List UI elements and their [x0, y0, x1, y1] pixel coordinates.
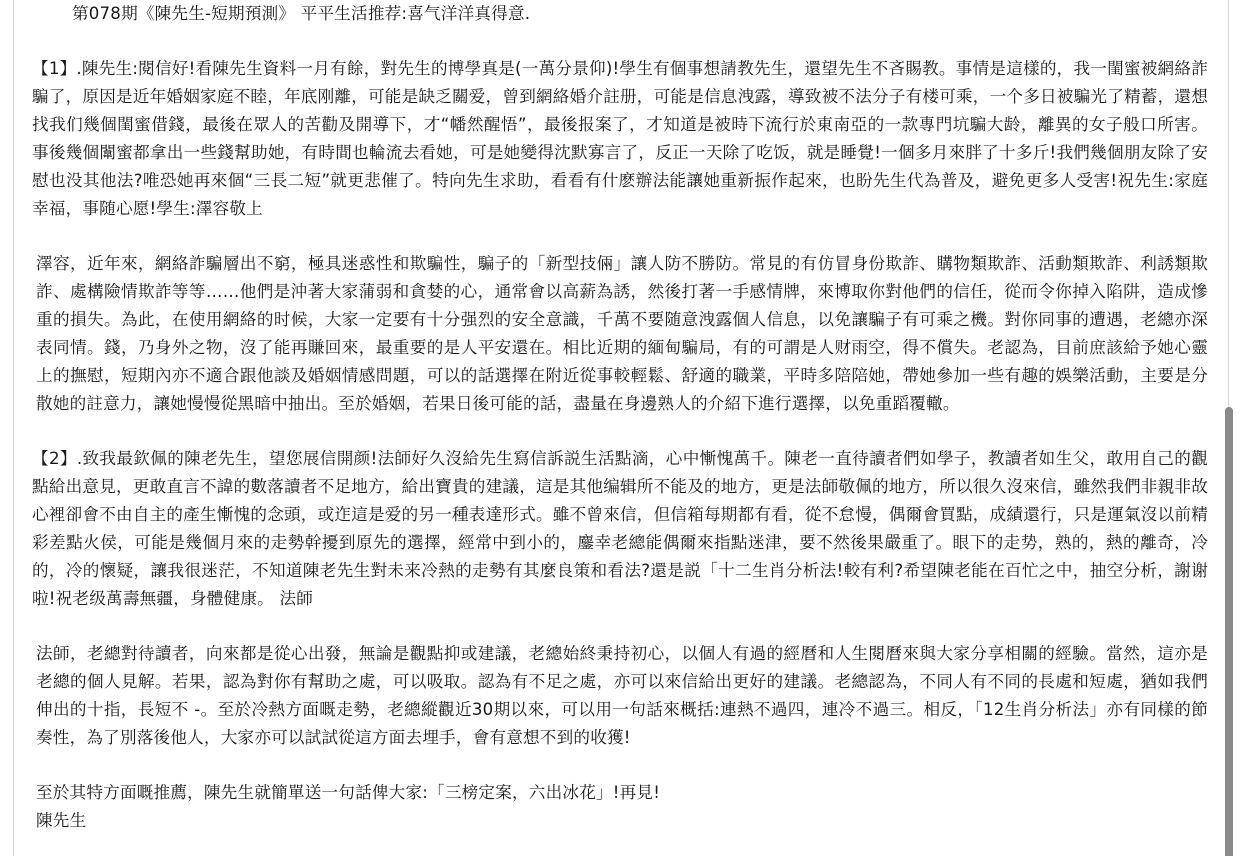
scrollbar-thumb[interactable]	[1225, 407, 1233, 856]
spacer	[36, 752, 1208, 779]
spacer	[36, 613, 1208, 640]
letter-2-answer: 法師，老總對待讀者，向來都是從心出發，無論是觀點抑或建議，老總始終秉持初心，以個…	[36, 640, 1208, 752]
closing-signature: 陳先生	[36, 807, 1208, 835]
spacer	[36, 223, 1208, 250]
page-left-border	[13, 0, 14, 856]
spacer	[36, 28, 1208, 55]
article-body: 第078期《陳先生-短期預測》 平平生活推荐:喜气洋洋真得意. 【1】.陳先生:…	[36, 0, 1208, 835]
letter-1-answer: 澤容，近年來，網絡詐騙層出不窮，極具迷惑性和欺騙性，騙子的「新型技倆」讓人防不勝…	[36, 250, 1208, 418]
article-title: 第078期《陳先生-短期預測》 平平生活推荐:喜气洋洋真得意.	[72, 0, 1208, 28]
letter-2-question: 【2】.致我最欽佩的陳老先生，望您展信開颜!法師好久沒給先生寫信訴説生活點滴，心…	[32, 445, 1208, 613]
closing-recommendation: 至於其特方面嘅推薦，陳先生就簡單送一句話俾大家:「三榜定案，六出冰花」!再見!	[36, 779, 1208, 807]
letter-1-question: 【1】.陳先生:閱信好!看陳先生資料一月有餘，對先生的博學真是(一萬分景仰)!學…	[32, 55, 1208, 223]
spacer	[36, 418, 1208, 445]
